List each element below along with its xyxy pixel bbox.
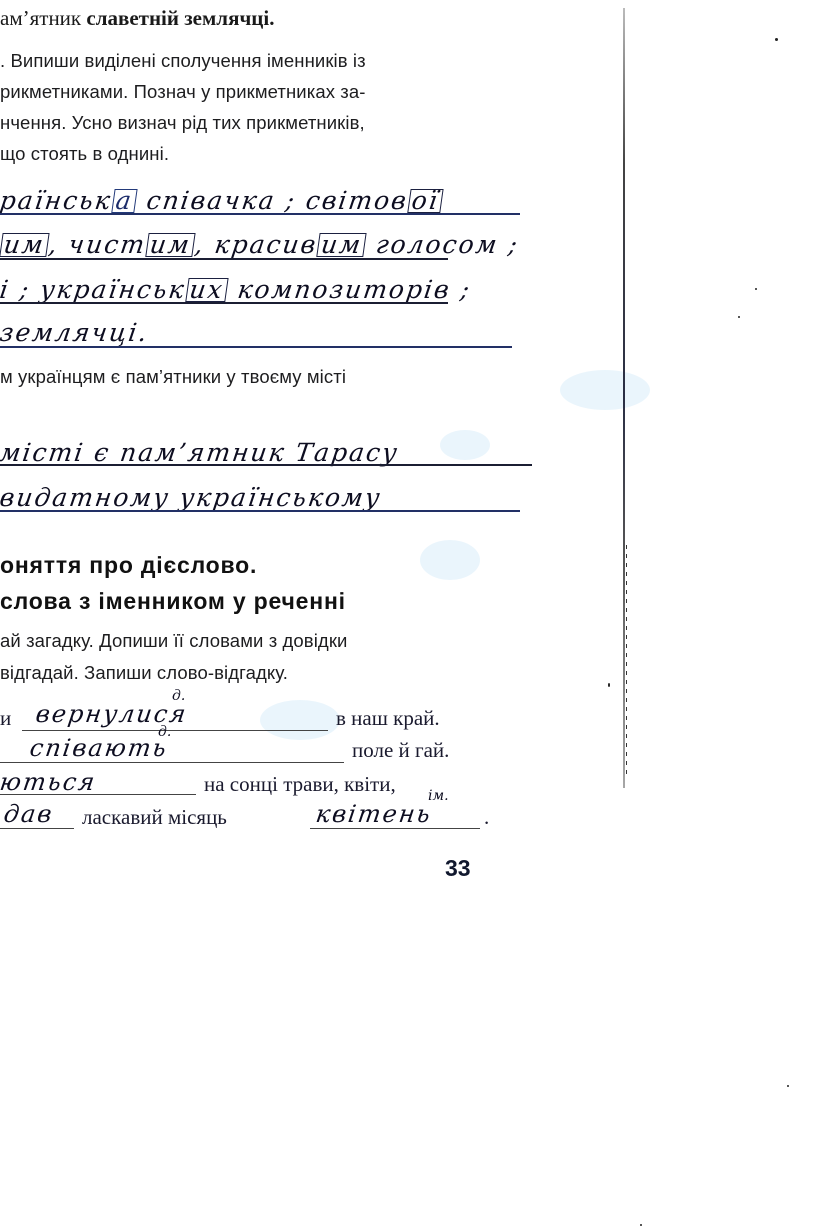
handwritten-line: раїнська співачка ; світової bbox=[0, 186, 445, 215]
top-line-regular: ам’ятник bbox=[0, 6, 86, 30]
handwritten-answer: дав bbox=[2, 800, 55, 828]
scan-speck bbox=[775, 38, 778, 41]
fill-blank bbox=[0, 762, 344, 763]
answer-underline bbox=[0, 510, 520, 512]
riddle-text: на сонці трави, квіти, bbox=[204, 772, 396, 797]
watermark-blob bbox=[440, 430, 490, 460]
handwritten-line: землячці. bbox=[0, 318, 151, 347]
riddle-text: поле й гай. bbox=[352, 738, 449, 763]
top-line-bold: славетній землячці. bbox=[86, 6, 274, 30]
scan-speck bbox=[738, 316, 740, 318]
fill-blank bbox=[0, 828, 74, 829]
scan-speck bbox=[608, 683, 610, 687]
handwritten-answer: ються bbox=[0, 768, 98, 796]
instruction-line: рикметниками. Познач у прикметниках за- bbox=[0, 81, 366, 103]
riddle-text: в наш край. bbox=[336, 706, 440, 731]
section-heading-line-2: слова з іменником у реченні bbox=[0, 588, 346, 615]
instruction-line: ай загадку. Допиши її словами з довідки bbox=[0, 630, 347, 652]
riddle-prefix: и bbox=[0, 706, 11, 731]
top-line: ам’ятник славетній землячці. bbox=[0, 6, 274, 31]
scan-speck bbox=[755, 288, 757, 290]
ending-box: им bbox=[145, 233, 195, 257]
exercise-2-question: м українцям є пам’ятники у твоєму місті bbox=[0, 366, 346, 388]
answer-underline bbox=[0, 258, 448, 260]
fill-blank bbox=[310, 828, 480, 829]
ending-box: их bbox=[185, 278, 229, 302]
handwritten-line: им, чистим, красивим голосом ; bbox=[0, 230, 521, 259]
page-edge-line bbox=[623, 8, 625, 788]
scan-speck bbox=[787, 1085, 789, 1087]
instruction-line: відгадай. Запиши слово-відгадку. bbox=[0, 662, 288, 684]
page-edge-dashed bbox=[626, 545, 627, 775]
answer-underline bbox=[0, 213, 520, 215]
ending-box: ої bbox=[407, 189, 443, 213]
instruction-line: нчення. Усно визнач рід тих прикметників… bbox=[0, 112, 365, 134]
answer-underline bbox=[0, 464, 532, 466]
page-number: 33 bbox=[445, 855, 471, 882]
ending-box: им bbox=[317, 233, 367, 257]
ending-box: им bbox=[0, 233, 49, 257]
handwritten-line: і ; українських композиторів ; bbox=[0, 275, 473, 304]
handwritten-line: видатному українському bbox=[0, 483, 383, 512]
answer-underline bbox=[0, 346, 512, 348]
handwritten-line: місті є пам’ятник Тарасу bbox=[0, 438, 401, 467]
instruction-line: що стоять в однині. bbox=[0, 143, 169, 165]
part-of-speech-mark: д. bbox=[158, 724, 171, 740]
watermark-blob bbox=[260, 700, 340, 740]
watermark-blob bbox=[560, 370, 650, 410]
riddle-end: . bbox=[484, 805, 489, 830]
handwritten-answer: квітень bbox=[314, 800, 434, 828]
section-heading-line-1: оняття про дієслово. bbox=[0, 552, 257, 579]
instruction-line: . Випиши виділені сполучення іменників і… bbox=[0, 50, 366, 72]
scan-speck bbox=[640, 1224, 642, 1226]
fill-blank bbox=[22, 730, 328, 731]
part-of-speech-mark: д. bbox=[172, 688, 185, 704]
handwritten-answer: співають bbox=[28, 734, 170, 762]
watermark-blob bbox=[420, 540, 480, 580]
ending-box: а bbox=[111, 189, 137, 213]
answer-underline bbox=[0, 302, 448, 304]
part-of-speech-mark: ім. bbox=[428, 788, 449, 804]
riddle-text: ласкавий місяць bbox=[82, 805, 227, 830]
